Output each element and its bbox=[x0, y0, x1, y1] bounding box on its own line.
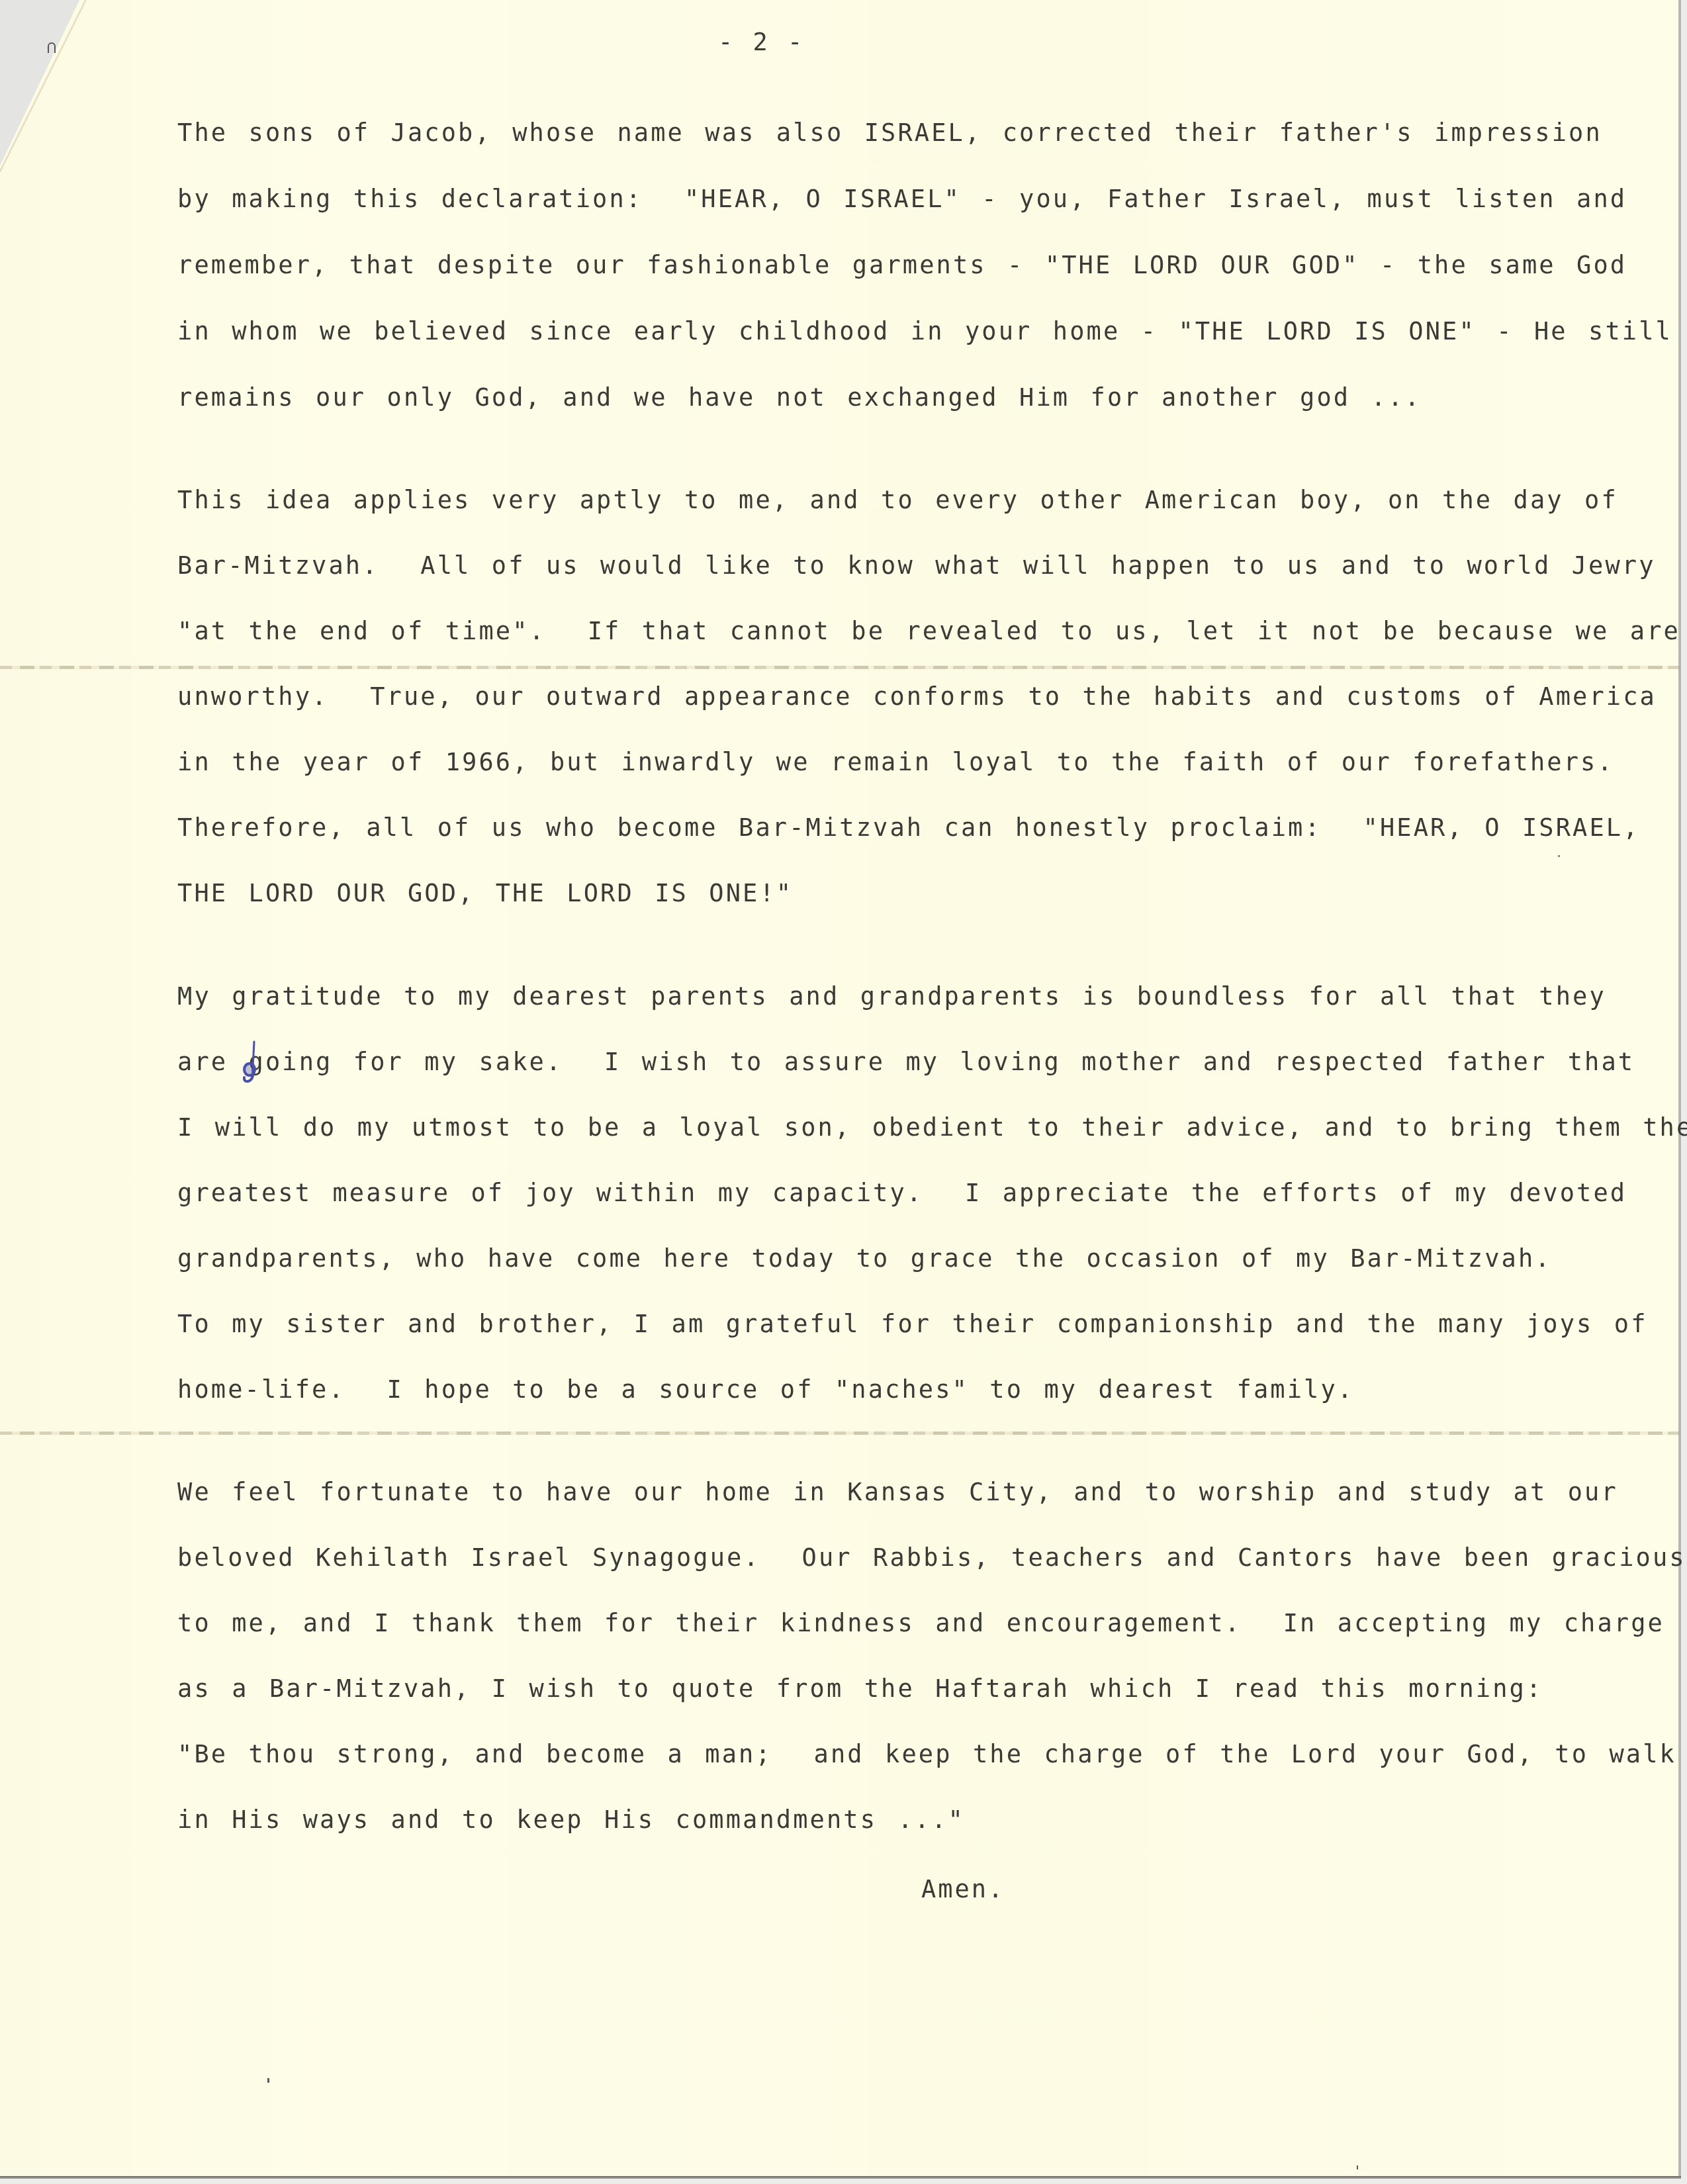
page-number: - 2 - bbox=[718, 28, 805, 56]
text-line: "at the end of time". If that cannot be … bbox=[177, 619, 1680, 643]
closing-amen: Amen. bbox=[921, 1875, 1005, 1903]
paper-right-edge bbox=[1678, 0, 1681, 2179]
text-line: We feel fortunate to have our home in Ka… bbox=[177, 1480, 1618, 1504]
text-line: remember, that despite our fashionable g… bbox=[177, 253, 1627, 277]
text-line: THE LORD OUR GOD, THE LORD IS ONE!" bbox=[177, 881, 793, 905]
text-line: The sons of Jacob, whose name was also I… bbox=[177, 120, 1602, 145]
text-line: Bar-Mitzvah. All of us would like to kno… bbox=[177, 553, 1656, 578]
text-line: grandparents, who have come here today t… bbox=[177, 1246, 1552, 1271]
text-line: beloved Kehilath Israel Synagogue. Our R… bbox=[177, 1545, 1686, 1570]
fold-crease-lower bbox=[0, 1432, 1680, 1435]
text-line: I will do my utmost to be a loyal son, o… bbox=[177, 1115, 1687, 1140]
text-line: in His ways and to keep His commandments… bbox=[177, 1807, 965, 1832]
fold-crease-upper bbox=[0, 666, 1680, 669]
text-line: in whom we believed since early childhoo… bbox=[177, 319, 1672, 343]
folded-corner-edge bbox=[0, 0, 86, 172]
text-line: My gratitude to my dearest parents and g… bbox=[177, 984, 1606, 1009]
text-line: in the year of 1966, but inwardly we rem… bbox=[177, 750, 1614, 774]
text-line: remains our only God, and we have not ex… bbox=[177, 385, 1422, 410]
handwritten-correction-icon bbox=[241, 1040, 261, 1087]
text-line: to me, and I thank them for their kindne… bbox=[177, 1611, 1664, 1635]
text-line: greatest measure of joy within my capaci… bbox=[177, 1181, 1627, 1205]
text-line: Therefore, all of us who become Bar-Mitz… bbox=[177, 815, 1640, 840]
text-line: by making this declaration: "HEAR, O ISR… bbox=[177, 187, 1627, 211]
text-line: are going for my sake. I wish to assure … bbox=[177, 1050, 1635, 1074]
text-line: home-life. I hope to be a source of "nac… bbox=[177, 1377, 1354, 1402]
scan-speck bbox=[267, 2078, 269, 2083]
scan-speck bbox=[1357, 2165, 1358, 2169]
text-line: To my sister and brother, I am grateful … bbox=[177, 1312, 1648, 1336]
text-line: as a Bar-Mitzvah, I wish to quote from t… bbox=[177, 1676, 1543, 1701]
text-line: "Be thou strong, and become a man; and k… bbox=[177, 1742, 1676, 1766]
staple-mark-icon bbox=[48, 42, 56, 53]
paper-bottom-edge bbox=[0, 2176, 1681, 2179]
text-line: unworthy. True, our outward appearance c… bbox=[177, 684, 1657, 709]
scan-speck bbox=[1558, 855, 1560, 857]
text-line: This idea applies very aptly to me, and … bbox=[177, 488, 1618, 512]
